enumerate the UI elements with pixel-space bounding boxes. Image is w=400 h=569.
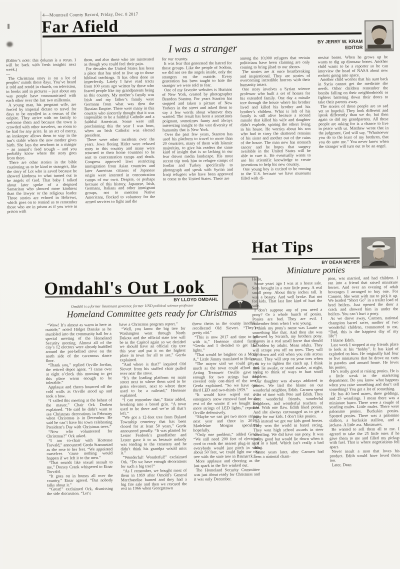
dean-meyer-photo (362, 237, 396, 268)
far-afield-column-3: for our country. It was fear that genera… (162, 57, 234, 263)
omdahl-column-1: “Wow! It’s almost as warm in here as out… (45, 323, 113, 545)
far-afield-column-4: among the 10,000 refugees that certain p… (240, 56, 312, 239)
omdahl-subhead: Homeland Committee gets ready for Christ… (45, 308, 258, 319)
scan-artifact-smudge (7, 42, 13, 47)
omdahl-column-3: threw theirs in the county landfill,” re… (192, 321, 260, 532)
far-afield-column-5: nosaur bones. When he grows up he wants … (318, 55, 390, 238)
far-afield-column-2: them, and also those who are mistreated … (84, 57, 156, 263)
hat-tips-title: Hat Tips (252, 240, 314, 256)
hat-tips-column-1: Hello, Some years ago I was at a horse s… (252, 277, 324, 530)
far-afield-title: Far Afield (41, 18, 118, 36)
hat-tips-subhead: Miniature ponies (252, 265, 380, 275)
far-afield-subhead: I was a stranger (148, 44, 258, 56)
scan-artifact-tick (7, 24, 9, 29)
far-afield-column-1: (Editor’s note: this column is a rerun. … (6, 58, 78, 264)
hat-tips-column-2: pion, was married, and had children. I r… (328, 276, 400, 538)
omdahl-column-2: have a Christmas program report.” “Well,… (119, 322, 187, 525)
jerry-kram-photo (364, 20, 393, 51)
newspaper-page: 4—Mountrail County Record, Friday, Dec. … (0, 0, 400, 567)
